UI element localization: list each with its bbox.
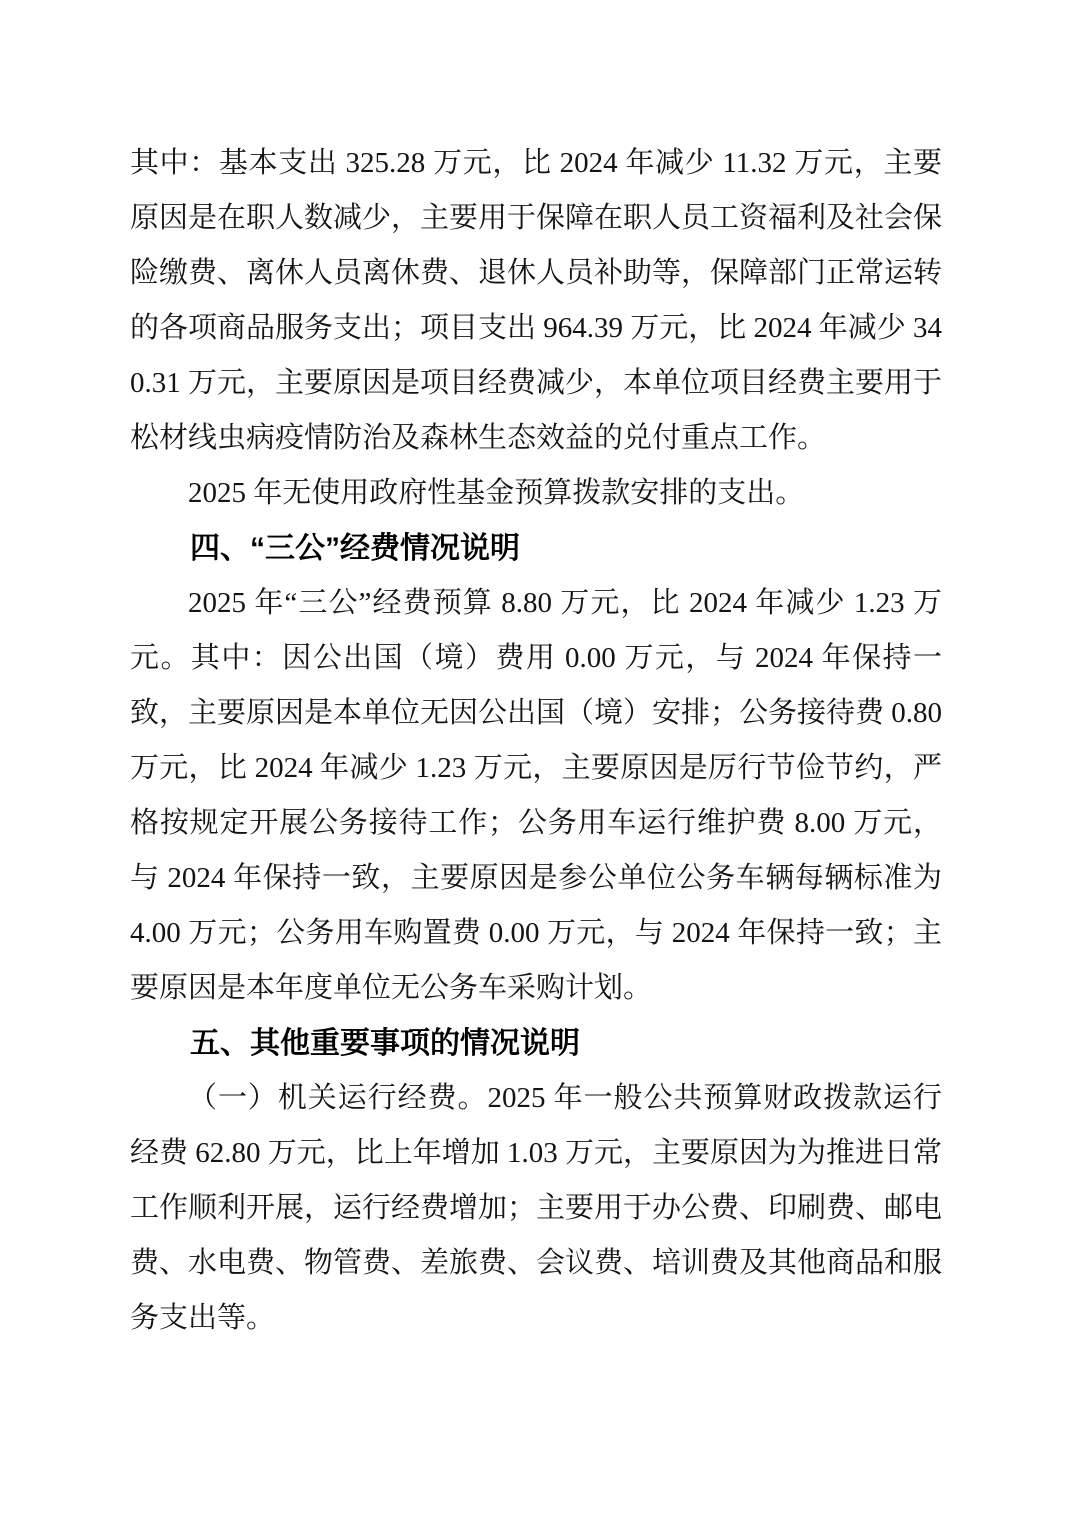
paragraph-basic-and-project-expenditure: 其中：基本支出 325.28 万元，比 2024 年减少 11.32 万元，主要… (130, 136, 942, 466)
paragraph-agency-operating-expenses: （一）机关运行经费。2025 年一般公共预算财政拨款运行经费 62.80 万元，… (130, 1071, 942, 1346)
document-page: 其中：基本支出 325.28 万元，比 2024 年减少 11.32 万元，主要… (0, 0, 1074, 1520)
paragraph-three-public-expenses-detail: 2025 年“三公”经费预算 8.80 万元，比 2024 年减少 1.23 万… (130, 576, 942, 1016)
heading-three-public-expenses: 四、“三公”经费情况说明 (130, 521, 942, 576)
paragraph-government-fund-budget: 2025 年无使用政府性基金预算拨款安排的支出。 (130, 466, 942, 521)
document-body: 其中：基本支出 325.28 万元，比 2024 年减少 11.32 万元，主要… (130, 136, 942, 1346)
heading-other-important-matters: 五、其他重要事项的情况说明 (130, 1016, 942, 1071)
